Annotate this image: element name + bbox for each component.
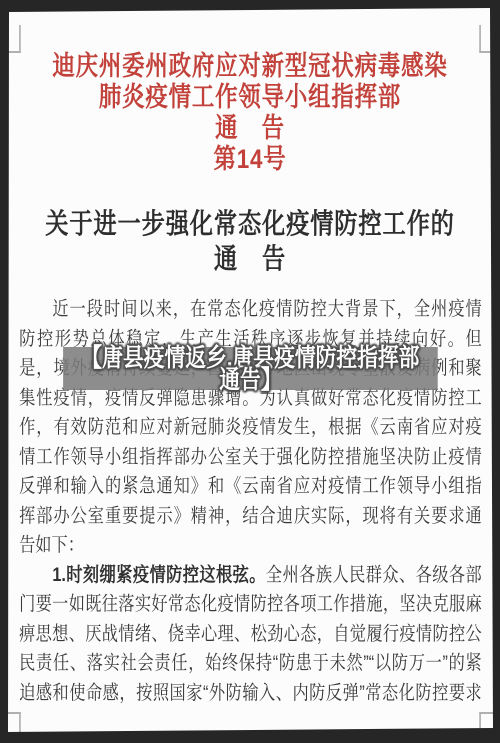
document-title-line-2: 通 告: [0, 241, 500, 276]
body-line: 迫感和使命感，按照国家“外防输入、内防反弹”常态化防控要求: [19, 679, 482, 709]
body-line: 作，有效防范和应对新冠肺炎疫情发生，根据《云南省应对疫: [19, 413, 482, 443]
body-line: 门要一如既往落实好常态化疫情防控各项工作措施，坚决克服麻: [19, 590, 482, 620]
page-corner-mark-top-right: [479, 25, 500, 53]
page-corner-mark-bottom-left: [0, 712, 21, 736]
screenshot-root: 迪庆州委州政府应对新型冠状病毒感染 肺炎疫情工作领导小组指挥部 通 告 第14号…: [0, 0, 500, 743]
body-line: 1.时刻绷紧疫情防控这根弦。全州各族人民群众、各级各部: [19, 561, 482, 591]
document-title-line-1: 关于进一步强化常态化疫情防控工作的: [0, 206, 500, 241]
body-line: 痹思想、厌战情绪、侥幸心理、松劲心态，自觉履行疫情防控公: [19, 620, 482, 650]
document-title: 关于进一步强化常态化疫情防控工作的 通 告: [0, 206, 500, 276]
body-line: 近一段时间以来，在常态化疫情防控大背景下，全州疫情: [19, 295, 482, 325]
body-line: 告如下：: [19, 531, 482, 561]
letterhead: 迪庆州委州政府应对新型冠状病毒感染 肺炎疫情工作领导小组指挥部 通 告 第14号: [0, 51, 500, 175]
caption-overlay: 【唐县疫情返乡,唐县疫情防控指挥部 通告】: [63, 347, 438, 390]
page-corner-mark-top-left: [0, 25, 21, 53]
body-line: 民责任、落实社会责任，始终保持“防患于未然”“以防万一”的紧: [19, 649, 482, 679]
page-corner-mark-bottom-right: [479, 712, 500, 736]
letterhead-line-1: 迪庆州委州政府应对新型冠状病毒感染: [0, 51, 500, 82]
document-page: 迪庆州委州政府应对新型冠状病毒感染 肺炎疫情工作领导小组指挥部 通 告 第14号…: [0, 0, 500, 743]
body-line: 反弹和输入的紧急通知》和《云南省应对疫情工作领导小组指: [19, 472, 482, 502]
notice-number: 第14号: [0, 144, 500, 175]
letterhead-line-2: 肺炎疫情工作领导小组指挥部: [0, 82, 500, 113]
body-line: 情工作领导小组指挥部办公室关于强化防控措施坚决防止疫情: [19, 443, 482, 473]
notice-label: 通 告: [0, 113, 500, 144]
caption-line-2: 通告】: [219, 369, 281, 391]
body-line: 挥部办公室重要提示》精神，结合迪庆实际，现将有关要求通: [19, 502, 482, 532]
